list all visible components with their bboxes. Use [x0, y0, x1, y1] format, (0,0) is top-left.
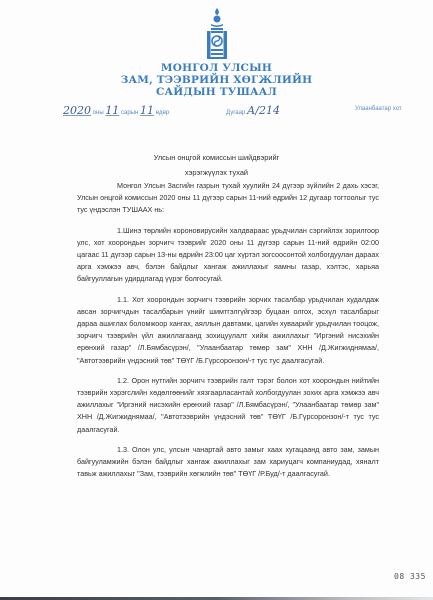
- header-line-ministry: ЗАМ, ТЭЭВРИЙН ХӨГЖЛИЙН: [0, 74, 433, 86]
- clause-1-2: 1.2. Орон нутгийн зорчигч тээврийн галт …: [77, 375, 379, 436]
- date-month-label: сарын: [121, 110, 138, 116]
- order-number-label: Дугаар: [226, 110, 245, 116]
- clause-1: 1.Шинэ төрлийн короновирусийн халдвараас…: [77, 225, 379, 286]
- date-month: 11: [105, 104, 119, 117]
- header-line-order: САЙДЫН ТУШААЛ: [0, 86, 433, 98]
- order-title-line2: хэрэгжүүлэх тухай: [0, 168, 433, 177]
- order-body: Монгол Улсын Засгийн газрын тухай хуулий…: [77, 180, 379, 480]
- order-date: 2020 оны 11 сарын 11 өдөр: [63, 104, 169, 117]
- order-title-line1: Улсын онцгой комиссын шийдвэрийг: [0, 153, 433, 162]
- clause-1-1: 1.1. Хот хоорондын зорчигч тээврийн зорч…: [77, 294, 379, 367]
- date-year: 2020: [63, 104, 91, 117]
- soyombo-emblem-icon: [201, 6, 233, 62]
- order-number-value: А/214: [247, 104, 280, 117]
- document-serial-number: 08 335: [394, 572, 426, 581]
- order-number: Дугаар А/214: [226, 104, 280, 117]
- clause-1-3: 1.3. Олон улс, улсын чанартай авто замыг…: [77, 444, 379, 481]
- ministry-header: МОНГОЛ УЛСЫН ЗАМ, ТЭЭВРИЙН ХӨГЖЛИЙН САЙД…: [0, 62, 433, 98]
- order-city: Улаанбаатар хот: [355, 106, 402, 112]
- preamble-paragraph: Монгол Улсын Засгийн газрын тухай хуулий…: [77, 180, 379, 217]
- date-year-label: оны: [93, 110, 104, 116]
- header-line-country: МОНГОЛ УЛСЫН: [0, 62, 433, 74]
- date-day: 11: [140, 104, 154, 117]
- date-day-label: өдөр: [156, 110, 170, 116]
- document-page: МОНГОЛ УЛСЫН ЗАМ, ТЭЭВРИЙН ХӨГЖЛИЙН САЙД…: [0, 0, 433, 598]
